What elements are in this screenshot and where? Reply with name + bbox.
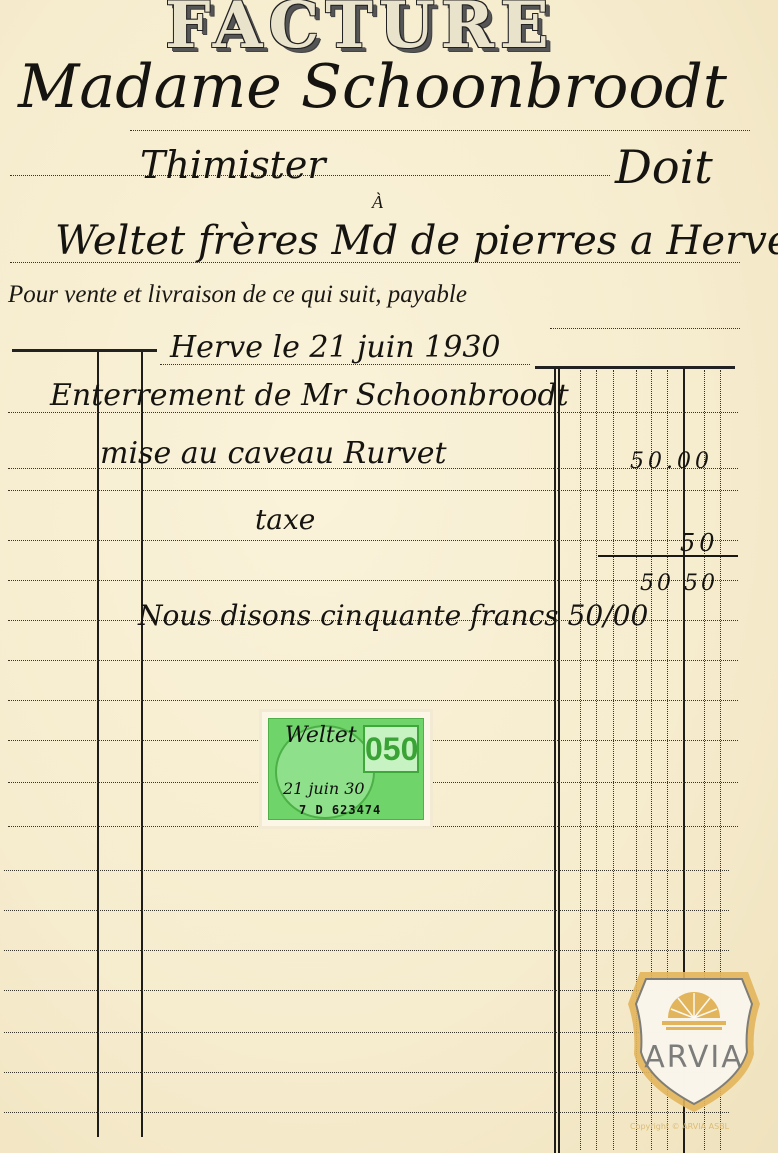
column-line xyxy=(97,352,99,1137)
arvia-logo-text: ARVIA xyxy=(626,1040,762,1075)
rule-line xyxy=(160,364,530,365)
doit-label: Doit xyxy=(615,140,713,194)
line-item-amount: 50 xyxy=(680,528,719,558)
grid-line xyxy=(580,370,581,1150)
ledger-line xyxy=(8,580,738,581)
invoice-total: 50 50 xyxy=(640,570,718,598)
table-top-rule xyxy=(12,349,157,352)
stamp-cancel-date: 21 juin 30 xyxy=(283,779,365,798)
invoice-title: FACTURE xyxy=(165,0,615,58)
supplier-name: Weltet frères Md de pierres a Herve xyxy=(55,216,778,266)
line-item-description: Enterrement de Mr Schoonbroodt xyxy=(50,378,569,414)
stamp-body: 050 Weltet 21 juin 30 7 D 623474 xyxy=(268,718,424,820)
stamp-serial: 7 D 623474 xyxy=(299,803,381,817)
ledger-line xyxy=(8,660,738,661)
ledger-line xyxy=(4,1112,729,1113)
fiscal-stamp: 050 Weltet 21 juin 30 7 D 623474 xyxy=(262,712,430,826)
column-line xyxy=(554,368,556,1153)
ledger-line xyxy=(8,490,738,491)
copyright-notice: Copyright © ARVIA ASBL xyxy=(630,1122,729,1131)
invoice-paper: FACTURE Madame Schoonbroodt Thimister Do… xyxy=(0,0,778,1153)
sum-underline xyxy=(598,555,738,557)
rule-line xyxy=(550,328,740,329)
ledger-line xyxy=(4,910,729,911)
payable-clause: Pour vente et livraison de ce qui suit, … xyxy=(8,280,467,310)
place-date: Herve le 21 juin 1930 xyxy=(170,328,501,368)
ledger-line xyxy=(4,1072,729,1073)
table-top-rule xyxy=(535,366,735,369)
line-item-description: taxe xyxy=(255,503,315,537)
line-item-amount: 50.00 xyxy=(630,448,713,476)
stamp-signature: Weltet xyxy=(285,723,357,748)
ledger-line xyxy=(8,826,738,827)
stamp-value: 050 xyxy=(363,725,419,773)
ledger-line xyxy=(4,990,729,991)
arvia-watermark: ARVIA xyxy=(626,966,762,1114)
ledger-line xyxy=(8,700,738,701)
recipient-name: Madame Schoonbroodt xyxy=(18,52,727,122)
ledger-line xyxy=(4,1032,729,1033)
recipient-locality: Thimister xyxy=(140,143,326,187)
line-item-description: mise au caveau Rurvet xyxy=(100,436,447,472)
amount-in-words: Nous disons cinquante francs 50/00 xyxy=(138,598,648,634)
ledger-line xyxy=(4,950,729,951)
a-mark: À xyxy=(372,192,383,213)
rule-line xyxy=(130,130,750,131)
ledger-line xyxy=(4,870,729,871)
ledger-line xyxy=(8,540,738,541)
grid-line xyxy=(596,370,597,1150)
grid-line xyxy=(613,370,614,1150)
column-line xyxy=(558,368,560,1153)
